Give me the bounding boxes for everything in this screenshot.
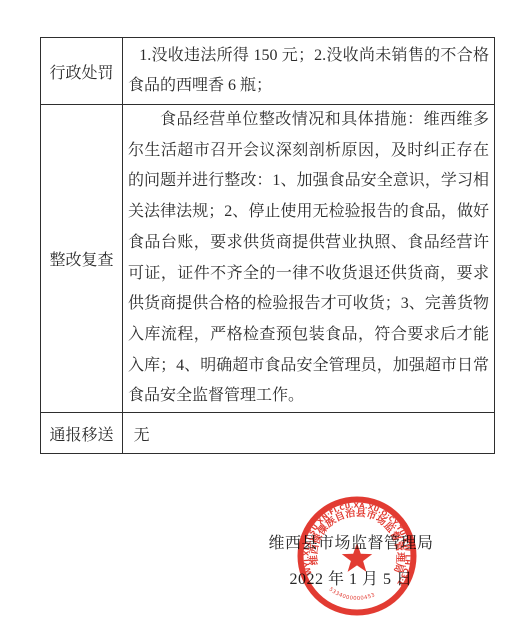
row-content-rectify: 食品经营单位整改情况和具体措施：维西维多尔生活超市召开会议深刻剖析原因，及时纠正… [123, 105, 495, 413]
table-row: 通报移送 无 [41, 413, 495, 454]
signature-block: 维西县市场监督管理局 2022 年 1 月 5 日 [268, 530, 434, 589]
table-row: 行政处罚 1.没收违法所得 150 元；2.没收尚未销售的不合格食品的西哩香 6… [41, 38, 495, 105]
agency-name: 维西县市场监督管理局 [268, 530, 434, 553]
issue-date: 2022 年 1 月 5 日 [268, 566, 434, 589]
row-content-penalty: 1.没收违法所得 150 元；2.没收尚未销售的不合格食品的西哩香 6 瓶； [123, 38, 495, 105]
row-label-rectify: 整改复查 [41, 105, 123, 413]
row-content-transfer: 无 [123, 413, 495, 454]
row-label-transfer: 通报移送 [41, 413, 123, 454]
document-page: 行政处罚 1.没收违法所得 150 元；2.没收尚未销售的不合格食品的西哩香 6… [0, 0, 518, 629]
table-row: 整改复查 食品经营单位整改情况和具体措施：维西维多尔生活超市召开会议深刻剖析原因… [41, 105, 495, 413]
row-label-penalty: 行政处罚 [41, 38, 123, 105]
penalty-table: 行政处罚 1.没收违法所得 150 元；2.没收尚未销售的不合格食品的西哩香 6… [40, 37, 495, 454]
